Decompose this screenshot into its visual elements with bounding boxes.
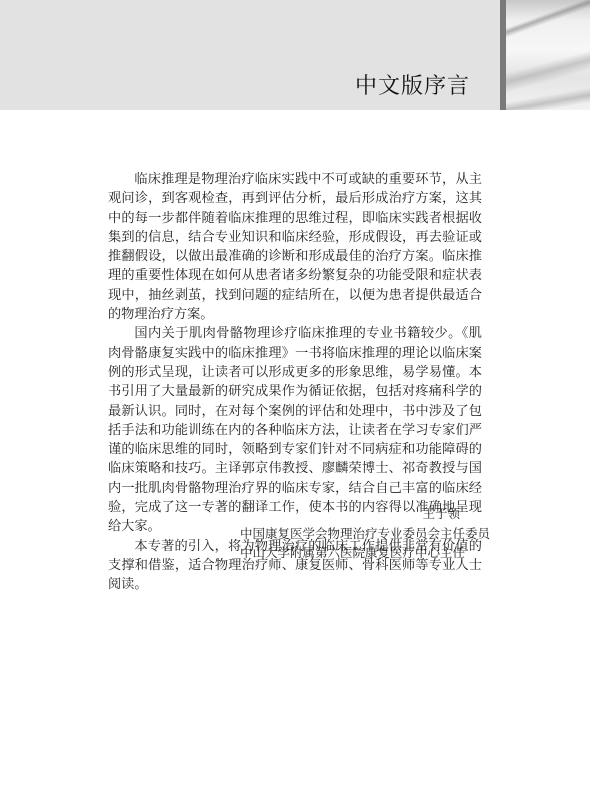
page-title: 中文版序言 (355, 74, 470, 100)
paragraph-1: 临床推理是物理治疗临床实践中不可或缺的重要环节，从主观问诊，到客观检查，再到评估… (108, 170, 482, 324)
author-name: 王于领 (240, 504, 460, 524)
author-title-1: 中国康复医学会物理治疗专业委员会主任委员 (240, 524, 460, 544)
header-decorative-image (506, 0, 590, 110)
author-title-2: 中山大学附属第六医院康复医疗中心主任 (240, 543, 460, 563)
signature-block: 王于领 中国康复医学会物理治疗专业委员会主任委员 中山大学附属第六医院康复医疗中… (240, 504, 460, 563)
